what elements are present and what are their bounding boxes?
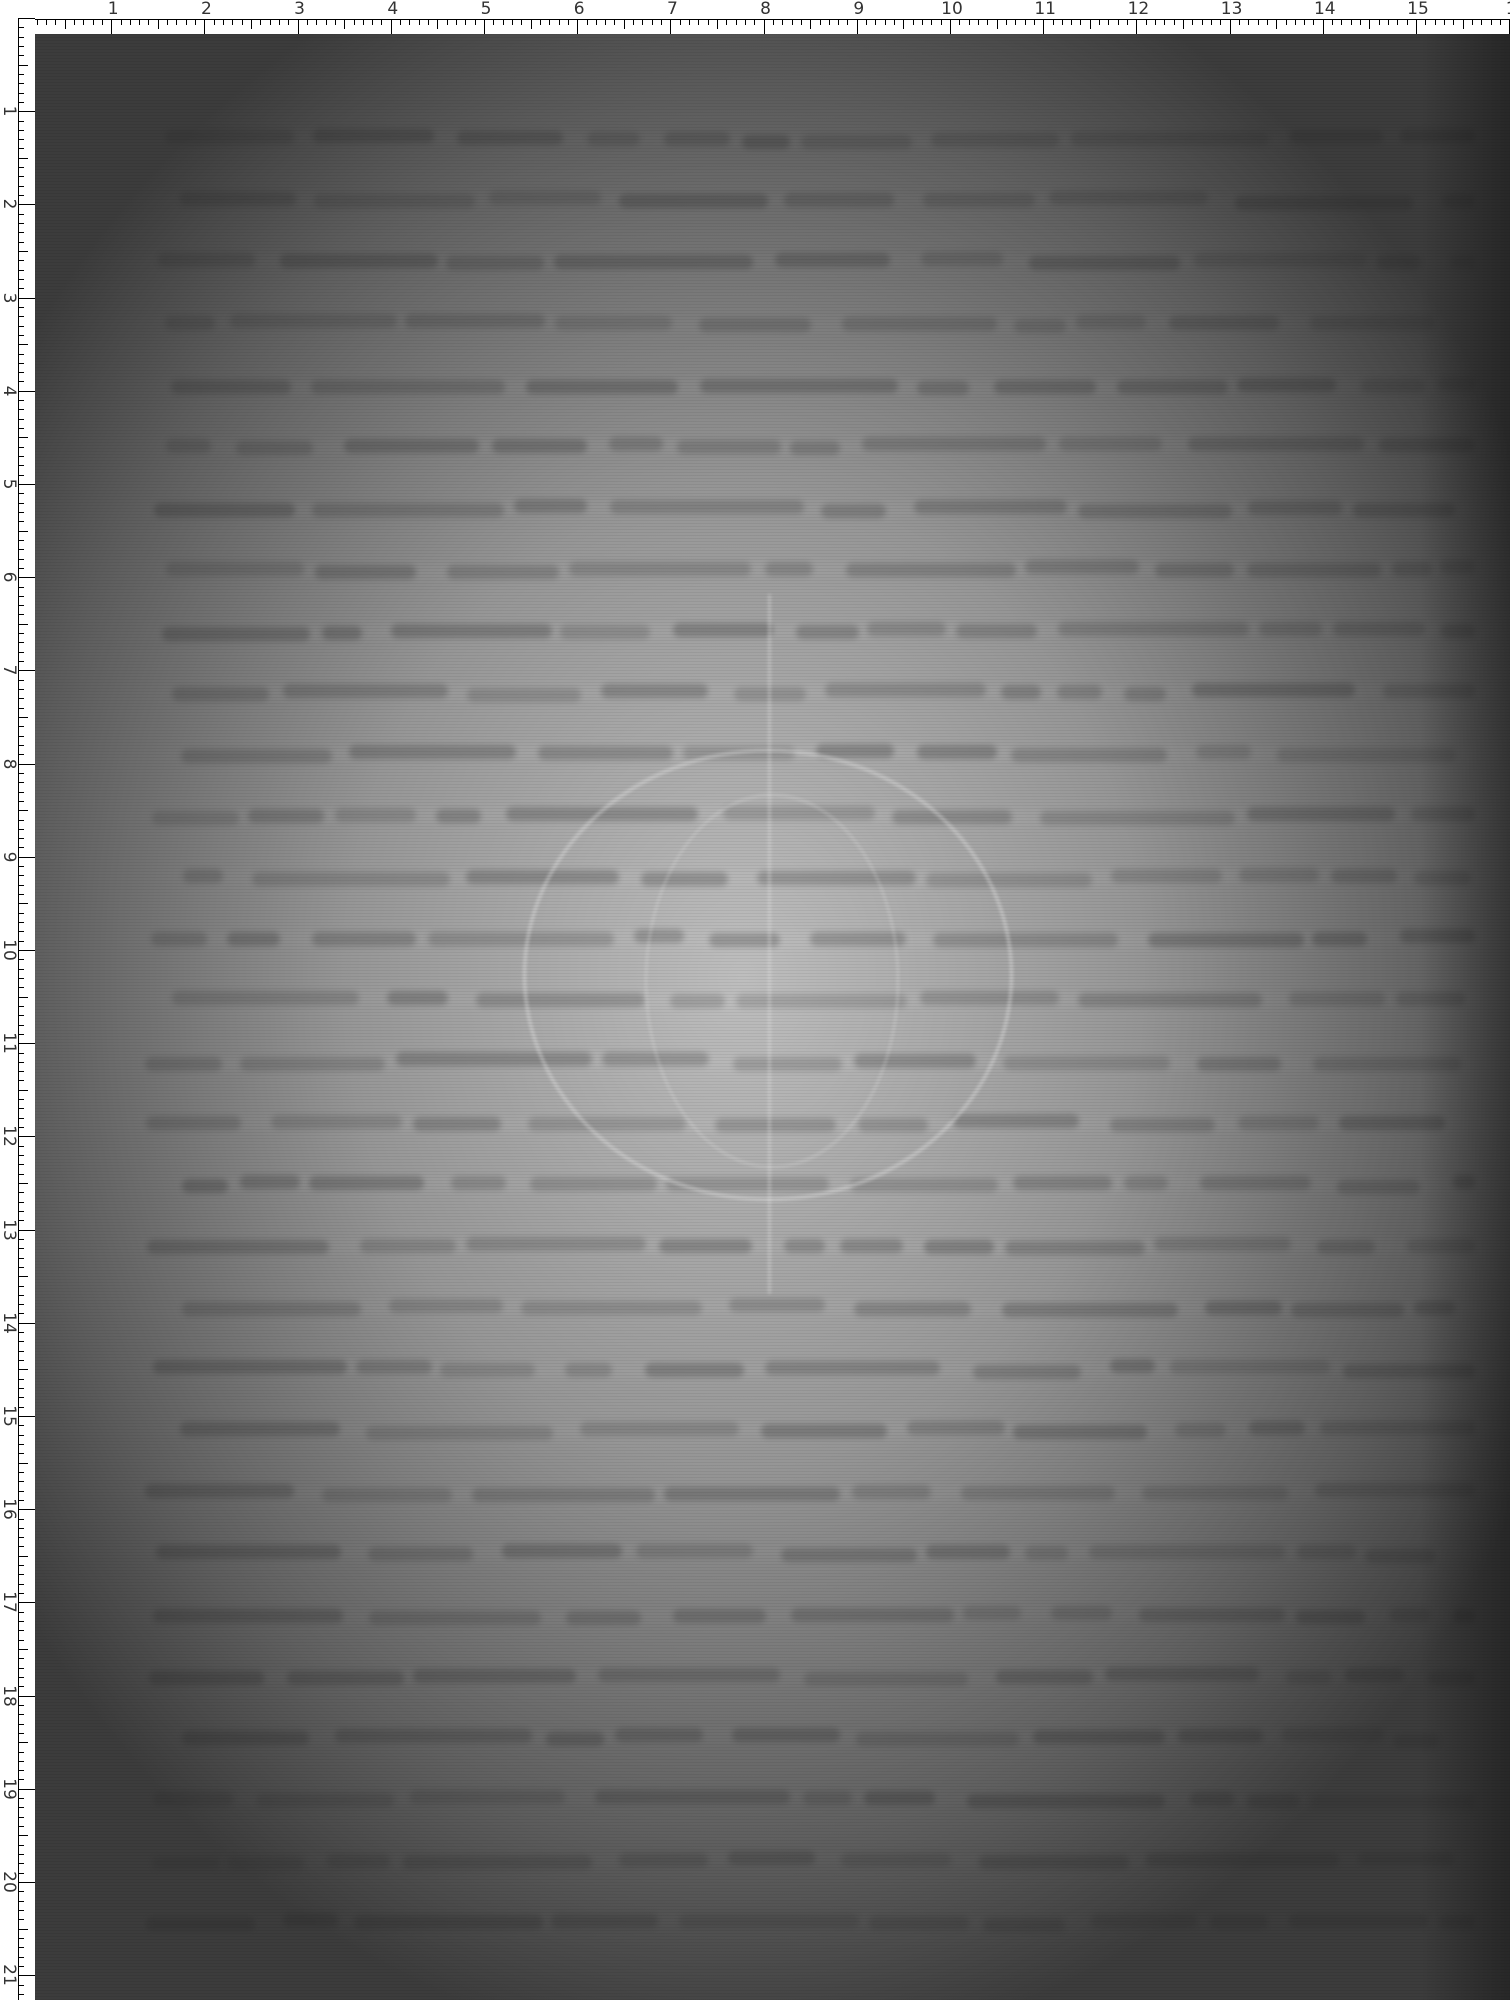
ruler-tick bbox=[978, 19, 979, 25]
ruler-tick bbox=[18, 549, 24, 550]
ruler-tick bbox=[18, 1947, 24, 1948]
ruler-tick bbox=[997, 19, 998, 29]
ruler-tick bbox=[866, 19, 867, 25]
ruler-tick bbox=[801, 19, 802, 25]
ruler-tick bbox=[18, 102, 24, 103]
ruler-tick bbox=[1127, 19, 1128, 25]
ruler-tick bbox=[18, 1761, 24, 1762]
ruler-tick bbox=[1034, 19, 1035, 25]
ruler-tick bbox=[568, 19, 569, 25]
ruler-tick bbox=[270, 19, 271, 25]
ruler-tick bbox=[18, 587, 24, 588]
ruler-tick bbox=[83, 19, 84, 25]
ruler-tick bbox=[18, 204, 35, 205]
ruler-tick bbox=[18, 242, 24, 243]
ruler-tick bbox=[307, 19, 308, 25]
ruler-tick bbox=[1202, 19, 1203, 25]
ruler-tick bbox=[1491, 19, 1492, 25]
ruler-label: 7 bbox=[667, 0, 678, 18]
ruler-tick bbox=[18, 1854, 24, 1855]
ruler-tick bbox=[18, 279, 24, 280]
ruler-label: 17 bbox=[0, 1592, 17, 1614]
ruler-tick bbox=[18, 969, 24, 970]
ruler-tick bbox=[195, 19, 196, 25]
ruler-tick bbox=[18, 1379, 24, 1380]
ruler-tick bbox=[1248, 19, 1249, 25]
ruler-tick bbox=[18, 1845, 24, 1846]
ruler-tick bbox=[18, 1929, 28, 1930]
ruler-tick bbox=[18, 167, 24, 168]
ruler-tick bbox=[18, 18, 35, 19]
ruler-tick bbox=[409, 19, 410, 25]
ruler-tick bbox=[158, 19, 159, 29]
ruler-tick bbox=[18, 857, 35, 858]
ruler-tick bbox=[18, 214, 24, 215]
ruler-tick bbox=[1239, 19, 1240, 25]
ruler-tick bbox=[18, 307, 24, 308]
ruler-tick bbox=[18, 866, 24, 867]
ruler-tick bbox=[540, 19, 541, 25]
ruler-tick bbox=[18, 1789, 35, 1790]
ruler-tick bbox=[18, 176, 24, 177]
ruler-tick bbox=[18, 1621, 24, 1622]
ruler-tick bbox=[1500, 19, 1501, 25]
ruler-tick bbox=[74, 19, 75, 25]
ruler-tick bbox=[18, 1677, 24, 1678]
ruler-tick bbox=[1220, 19, 1221, 25]
ruler-tick bbox=[18, 409, 24, 410]
ruler-tick bbox=[1183, 19, 1184, 29]
ruler-tick bbox=[18, 754, 24, 755]
ruler-tick bbox=[18, 1882, 35, 1883]
ruler-tick bbox=[18, 316, 24, 317]
ruler-tick bbox=[18, 1192, 24, 1193]
ruler-label: 12 bbox=[1128, 0, 1150, 18]
ruler-label: 13 bbox=[0, 1219, 17, 1241]
ruler-tick bbox=[670, 19, 671, 34]
ruler-tick bbox=[18, 326, 24, 327]
ruler-tick bbox=[279, 19, 280, 25]
ruler-tick bbox=[18, 354, 24, 355]
ruler-tick bbox=[969, 19, 970, 25]
ruler-tick bbox=[18, 381, 24, 382]
ruler-tick bbox=[18, 652, 24, 653]
ruler-tick bbox=[18, 1957, 24, 1958]
ruler-tick bbox=[18, 1258, 24, 1259]
ruler-label: 5 bbox=[481, 0, 492, 18]
ruler-label: 18 bbox=[0, 1685, 17, 1707]
ruler-tick bbox=[18, 251, 28, 252]
ruler-tick bbox=[18, 298, 35, 299]
ruler-tick bbox=[18, 987, 24, 988]
ruler-tick bbox=[717, 19, 718, 29]
ruler-tick bbox=[1435, 19, 1436, 25]
ruler-tick bbox=[18, 521, 24, 522]
ruler-tick bbox=[1379, 19, 1380, 25]
ruler-tick bbox=[102, 19, 103, 25]
ruler-tick bbox=[18, 1714, 24, 1715]
ruler-tick bbox=[18, 1164, 24, 1165]
ruler-tick bbox=[18, 680, 24, 681]
ruler-tick bbox=[1332, 19, 1333, 25]
ruler-tick bbox=[18, 465, 24, 466]
ruler-tick bbox=[428, 19, 429, 25]
ruler-tick bbox=[18, 1090, 28, 1091]
ruler-tick bbox=[1006, 19, 1007, 25]
ruler-tick bbox=[587, 19, 588, 25]
ruler-tick bbox=[18, 1369, 28, 1370]
ruler-tick bbox=[18, 1071, 24, 1072]
ruler-tick bbox=[941, 19, 942, 25]
ruler-tick bbox=[1155, 19, 1156, 25]
ruler-tick bbox=[18, 186, 24, 187]
ruler-tick bbox=[176, 19, 177, 25]
ruler-tick bbox=[1341, 19, 1342, 25]
ruler-tick bbox=[18, 1332, 24, 1333]
ruler-tick bbox=[18, 1053, 24, 1054]
ruler-label: 12 bbox=[0, 1126, 17, 1148]
ruler-tick bbox=[1313, 19, 1314, 25]
ruler-tick bbox=[18, 400, 24, 401]
vertical-ruler: 123456789101112131415161718192021 bbox=[0, 0, 35, 2000]
ruler-label: 4 bbox=[0, 385, 17, 396]
ruler-tick bbox=[18, 1202, 24, 1203]
ruler-tick bbox=[577, 19, 578, 34]
ruler-tick bbox=[838, 19, 839, 25]
ruler-tick bbox=[18, 121, 24, 122]
ruler-tick bbox=[18, 1612, 24, 1613]
ruler-tick bbox=[335, 19, 336, 25]
ruler-tick bbox=[1304, 19, 1305, 25]
ruler-tick bbox=[18, 1509, 35, 1510]
ruler-tick bbox=[559, 19, 560, 25]
ruler-tick bbox=[18, 903, 28, 904]
ruler-tick bbox=[1351, 19, 1352, 25]
ruler-tick bbox=[18, 1491, 24, 1492]
ruler-tick bbox=[894, 19, 895, 25]
ruler-tick bbox=[931, 19, 932, 25]
ruler-tick bbox=[18, 344, 28, 345]
ruler-tick bbox=[18, 1211, 24, 1212]
ruler-tick bbox=[18, 130, 24, 131]
ruler-tick bbox=[18, 1938, 24, 1939]
ruler-tick bbox=[18, 1826, 24, 1827]
ruler-tick bbox=[186, 19, 187, 25]
ruler-tick bbox=[65, 19, 66, 29]
ruler-tick bbox=[18, 1472, 24, 1473]
ruler-tick bbox=[18, 1155, 24, 1156]
ruler-tick bbox=[18, 74, 24, 75]
ruler-tick bbox=[820, 19, 821, 25]
ruler-tick bbox=[447, 19, 448, 25]
ruler-tick bbox=[18, 1267, 24, 1268]
ruler-label: 20 bbox=[0, 1871, 17, 1893]
ruler-tick bbox=[689, 19, 690, 25]
ruler-tick bbox=[18, 1584, 24, 1585]
ruler-tick bbox=[18, 1835, 28, 1836]
ruler-tick bbox=[18, 913, 24, 914]
ruler-tick bbox=[288, 19, 289, 25]
ruler-label: 11 bbox=[1034, 0, 1056, 18]
ruler-tick bbox=[642, 19, 643, 25]
ruler-tick bbox=[363, 19, 364, 25]
ruler-tick bbox=[726, 19, 727, 25]
ruler-tick bbox=[1071, 19, 1072, 25]
ruler-tick bbox=[204, 19, 205, 34]
ruler-label: 4 bbox=[387, 0, 398, 18]
ruler-tick bbox=[1090, 19, 1091, 29]
ruler-tick bbox=[18, 1230, 35, 1231]
ruler-tick bbox=[18, 1556, 28, 1557]
ruler-tick bbox=[18, 1062, 24, 1063]
ruler-tick bbox=[148, 19, 149, 25]
ruler-tick bbox=[1369, 19, 1370, 29]
ruler-tick bbox=[885, 19, 886, 25]
ruler-tick bbox=[93, 19, 94, 25]
ruler-tick bbox=[1080, 19, 1081, 25]
ruler-tick bbox=[18, 1388, 24, 1389]
ruler-tick bbox=[792, 19, 793, 25]
ruler-tick bbox=[18, 540, 24, 541]
ruler-tick bbox=[493, 19, 494, 25]
ruler-tick bbox=[18, 363, 24, 364]
ruler-tick bbox=[1360, 19, 1361, 25]
ruler-tick bbox=[1230, 19, 1231, 34]
ruler-tick bbox=[18, 1574, 24, 1575]
ruler-tick bbox=[18, 922, 24, 923]
ruler-tick bbox=[344, 19, 345, 29]
ruler-tick bbox=[260, 19, 261, 25]
ruler-tick bbox=[18, 782, 24, 783]
ruler-tick bbox=[1453, 19, 1454, 25]
ruler-tick bbox=[18, 372, 24, 373]
ruler-tick bbox=[18, 1360, 24, 1361]
ruler-tick bbox=[18, 736, 24, 737]
ruler-tick bbox=[18, 1640, 24, 1641]
ruler-tick bbox=[614, 19, 615, 25]
ruler-label: 10 bbox=[941, 0, 963, 18]
ruler-tick bbox=[18, 642, 24, 643]
ruler-tick bbox=[18, 801, 24, 802]
ruler-tick bbox=[475, 19, 476, 25]
ruler-tick bbox=[987, 19, 988, 25]
ruler-tick bbox=[18, 195, 24, 196]
ruler-tick bbox=[959, 19, 960, 25]
ruler-tick bbox=[1397, 19, 1398, 25]
ruler-tick bbox=[764, 19, 765, 34]
ruler-label: 15 bbox=[0, 1405, 17, 1427]
ruler-tick bbox=[18, 773, 24, 774]
ruler-tick bbox=[18, 27, 24, 28]
ruler-tick bbox=[512, 19, 513, 25]
ruler-tick bbox=[18, 838, 24, 839]
ruler-tick bbox=[18, 1341, 24, 1342]
ruler-tick bbox=[18, 1463, 28, 1464]
ruler-label: 7 bbox=[0, 665, 17, 676]
ruler-tick bbox=[18, 1481, 24, 1482]
ruler-tick bbox=[18, 894, 24, 895]
ruler-label: 14 bbox=[0, 1312, 17, 1334]
ruler-tick bbox=[18, 46, 24, 47]
ruler-tick bbox=[139, 19, 140, 25]
ruler-tick bbox=[465, 19, 466, 25]
ruler-tick bbox=[18, 1658, 24, 1659]
ruler-tick bbox=[18, 1891, 24, 1892]
ruler-tick bbox=[847, 19, 848, 25]
ruler-tick bbox=[18, 997, 28, 998]
ruler-tick bbox=[18, 1807, 24, 1808]
ruler-tick bbox=[903, 19, 904, 29]
ruler-tick bbox=[773, 19, 774, 25]
ruler-tick bbox=[18, 1435, 24, 1436]
ruler-tick bbox=[18, 1286, 24, 1287]
ruler-tick bbox=[18, 1444, 24, 1445]
ruler-tick bbox=[18, 1565, 24, 1566]
ruler-tick bbox=[1062, 19, 1063, 25]
ruler-tick bbox=[242, 19, 243, 25]
ruler-tick bbox=[121, 19, 122, 25]
scan-edge-shadow bbox=[1420, 34, 1510, 2000]
ruler-tick bbox=[605, 19, 606, 25]
ruler-tick bbox=[1267, 19, 1268, 25]
ruler-tick bbox=[1164, 19, 1165, 25]
ruler-tick bbox=[18, 1798, 24, 1799]
ruler-tick bbox=[18, 270, 24, 271]
ruler-tick bbox=[18, 512, 24, 513]
ruler-tick bbox=[18, 1043, 35, 1044]
manuscript-scan bbox=[35, 34, 1510, 2000]
ruler-tick bbox=[18, 1118, 24, 1119]
ruler-tick bbox=[18, 493, 24, 494]
ruler-tick bbox=[46, 19, 47, 25]
ruler-tick bbox=[316, 19, 317, 25]
ruler-tick bbox=[372, 19, 373, 25]
ruler-label: 21 bbox=[0, 1964, 17, 1986]
ruler-tick bbox=[18, 1752, 24, 1753]
ruler-tick bbox=[624, 19, 625, 29]
ruler-tick bbox=[18, 1705, 24, 1706]
ruler-tick bbox=[18, 419, 24, 420]
ruler-tick bbox=[521, 19, 522, 25]
ruler-tick bbox=[18, 1649, 28, 1650]
ruler-tick bbox=[400, 19, 401, 25]
ruler-tick bbox=[391, 19, 392, 34]
scan-noise bbox=[35, 34, 1510, 2000]
ruler-tick bbox=[652, 19, 653, 25]
ruler-tick bbox=[18, 1108, 24, 1109]
ruler-tick bbox=[18, 1630, 24, 1631]
ruler-tick bbox=[18, 1910, 24, 1911]
ruler-tick bbox=[698, 19, 699, 25]
ruler-tick bbox=[18, 1668, 24, 1669]
ruler-tick bbox=[18, 1733, 24, 1734]
ruler-tick bbox=[18, 1975, 35, 1976]
ruler-tick bbox=[810, 19, 811, 29]
ruler-tick bbox=[381, 19, 382, 25]
ruler-tick bbox=[419, 19, 420, 25]
ruler-label: 9 bbox=[853, 0, 864, 18]
ruler-tick bbox=[745, 19, 746, 25]
ruler-label: 1 bbox=[1506, 0, 1510, 18]
ruler-tick bbox=[1472, 19, 1473, 25]
ruler-tick bbox=[633, 19, 634, 25]
ruler-tick bbox=[18, 158, 28, 159]
ruler-tick bbox=[18, 1602, 35, 1603]
ruler-tick bbox=[1015, 19, 1016, 25]
ruler-tick bbox=[680, 19, 681, 25]
ruler-tick bbox=[18, 1985, 24, 1986]
ruler-tick bbox=[596, 19, 597, 25]
ruler-tick bbox=[913, 19, 914, 25]
ruler-tick bbox=[18, 931, 24, 932]
ruler-tick bbox=[875, 19, 876, 25]
ruler-tick bbox=[111, 19, 112, 34]
ruler-tick bbox=[484, 19, 485, 34]
ruler-label: 2 bbox=[201, 0, 212, 18]
horizontal-ruler: 01234567891011121314151 bbox=[0, 0, 1510, 34]
ruler-tick bbox=[18, 792, 24, 793]
ruler-tick bbox=[18, 820, 24, 821]
ruler-tick bbox=[18, 745, 24, 746]
ruler-tick bbox=[18, 1546, 24, 1547]
ruler-label: 2 bbox=[0, 199, 17, 210]
ruler-tick bbox=[214, 19, 215, 25]
ruler-tick bbox=[708, 19, 709, 25]
ruler-tick bbox=[1276, 19, 1277, 29]
ruler-tick bbox=[1118, 19, 1119, 25]
ruler-label: 8 bbox=[760, 0, 771, 18]
ruler-tick bbox=[18, 577, 35, 578]
ruler-tick bbox=[437, 19, 438, 29]
ruler-tick bbox=[18, 1183, 28, 1184]
ruler-tick bbox=[18, 633, 24, 634]
ruler-tick bbox=[18, 260, 24, 261]
ruler-tick bbox=[18, 1239, 24, 1240]
ruler-label: 10 bbox=[0, 939, 17, 961]
ruler-tick bbox=[661, 19, 662, 25]
ruler-tick bbox=[1425, 19, 1426, 25]
ruler-label: 9 bbox=[0, 851, 17, 862]
ruler-tick bbox=[18, 531, 28, 532]
ruler-tick bbox=[1481, 19, 1482, 25]
ruler-tick bbox=[950, 19, 951, 34]
ruler-tick bbox=[18, 1453, 24, 1454]
ruler-tick bbox=[130, 19, 131, 25]
ruler-tick bbox=[18, 1863, 24, 1864]
ruler-tick bbox=[549, 19, 550, 25]
ruler-tick bbox=[18, 559, 24, 560]
ruler-tick bbox=[18, 1416, 35, 1417]
ruler-label: 3 bbox=[0, 292, 17, 303]
ruler-tick bbox=[829, 19, 830, 25]
ruler-tick bbox=[18, 223, 24, 224]
ruler-tick bbox=[18, 437, 28, 438]
ruler-tick bbox=[18, 698, 24, 699]
ruler-tick bbox=[1099, 19, 1100, 25]
ruler-tick bbox=[167, 19, 168, 25]
ruler-tick bbox=[18, 1742, 28, 1743]
ruler-tick bbox=[18, 93, 24, 94]
ruler-tick bbox=[503, 19, 504, 25]
ruler-label: 5 bbox=[0, 479, 17, 490]
ruler-tick bbox=[18, 670, 35, 671]
ruler-label: 1 bbox=[0, 106, 17, 117]
ruler-tick bbox=[1174, 19, 1175, 25]
ruler-tick bbox=[18, 65, 28, 66]
ruler-tick bbox=[18, 1276, 28, 1277]
ruler-tick bbox=[18, 1146, 24, 1147]
ruler-tick bbox=[18, 232, 24, 233]
